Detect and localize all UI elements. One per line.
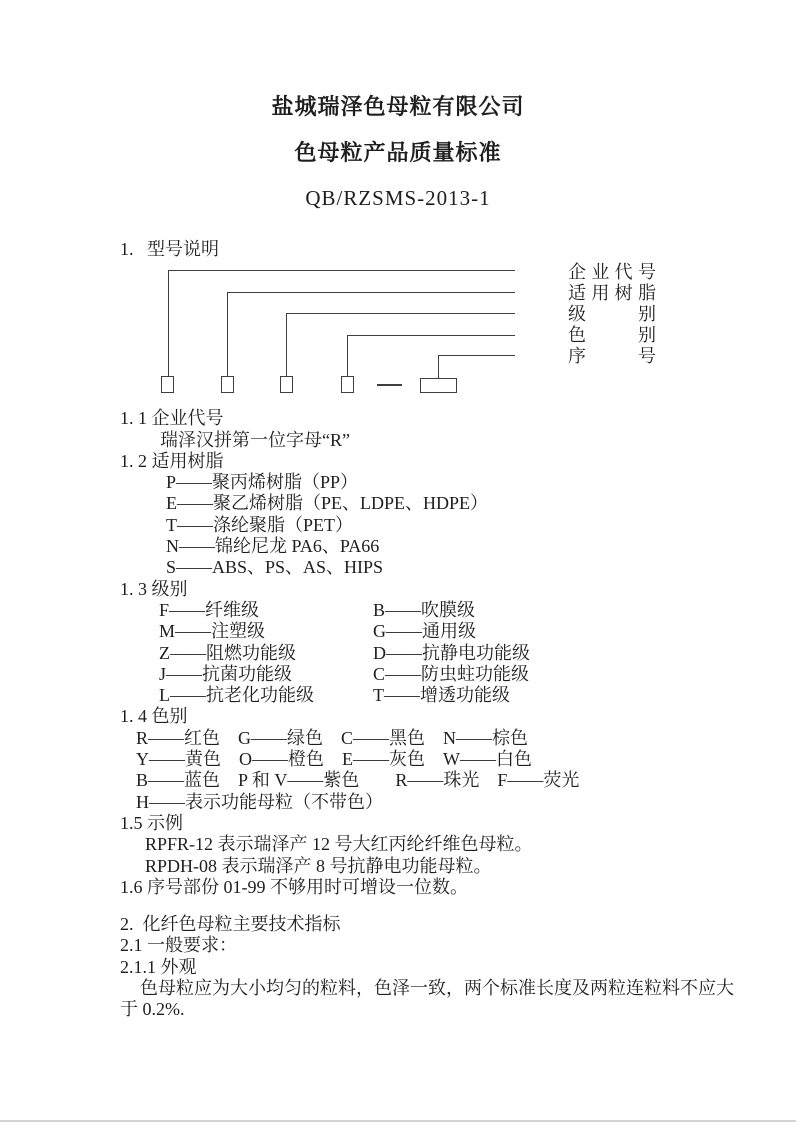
section-2-1-heading: 2.1 一般要求： xyxy=(120,935,796,956)
grade-item-right: T——增透功能级 xyxy=(373,685,510,705)
grade-item-left: Z——阻燃功能级 xyxy=(159,643,373,664)
color-row: B——蓝色 P 和 V——紫色 R——珠光 F——荧光 xyxy=(136,770,796,791)
section-1-6-text: 1.6 序号部份 01-99 不够用时可增设一位数。 xyxy=(120,877,796,898)
section-1-3-heading: 1. 3 级别 xyxy=(120,579,796,600)
grade-row: L——抗老化功能级T——增透功能级 xyxy=(159,685,796,706)
section-1-2-heading: 1. 2 适用树脂 xyxy=(120,451,796,472)
color-row: H——表示功能母粒（不带色） xyxy=(136,792,796,813)
diagram-code-box-4 xyxy=(341,376,354,393)
doc-title: 色母粒产品质量标准 xyxy=(0,140,796,166)
grade-row: F——纤维级B——吹膜级 xyxy=(159,600,796,621)
section-1-heading: 1. 型号说明 xyxy=(120,239,796,260)
appearance-paragraph-line-1: 色母粒应为大小均匀的粒料，色泽一致，两个标准长度及两粒连粒料不应大 xyxy=(140,978,796,999)
document-page: 盐城瑞泽色母粒有限公司 色母粒产品质量标准 QB/RZSMS-2013-1 1.… xyxy=(0,0,796,1123)
diagram-label-grade: 级别 xyxy=(568,304,656,325)
diagram-code-box-1 xyxy=(161,376,174,393)
grade-item-left: J——抗菌功能级 xyxy=(159,664,373,685)
diagram-label-enterprise-code: 企业代号 xyxy=(568,262,656,283)
diagram-serial-box xyxy=(420,378,457,393)
diagram-hyphen xyxy=(377,384,402,386)
resin-item: P——聚丙烯树脂（PP） xyxy=(166,472,796,493)
doc-code: QB/RZSMS-2013-1 xyxy=(0,185,796,211)
color-row: Y——黄色 O——橙色 E——灰色 W——白色 xyxy=(136,749,796,770)
section-2-1-1-heading: 2.1.1 外观 xyxy=(120,957,796,978)
section-1-5-heading: 1.5 示例 xyxy=(120,813,796,834)
resin-item: E——聚乙烯树脂（PE、LDPE、HDPE） xyxy=(166,493,796,514)
grade-row: Z——阻燃功能级D——抗静电功能级 xyxy=(159,643,796,664)
appearance-paragraph-line-2: 于 0.2%. xyxy=(120,999,796,1020)
diagram-label-applicable-resin: 适用树脂 xyxy=(568,283,656,304)
resin-item: N——锦纶尼龙 PA6、PA66 xyxy=(166,536,796,557)
example-row: RPDH-08 表示瑞泽产 8 号抗静电功能母粒。 xyxy=(145,856,796,877)
grade-item-right: B——吹膜级 xyxy=(373,600,475,620)
diagram-label-color: 色别 xyxy=(568,325,656,346)
grade-item-left: L——抗老化功能级 xyxy=(159,685,373,706)
diagram-label-serial: 序号 xyxy=(568,346,656,367)
grade-item-right: D——抗静电功能级 xyxy=(373,643,530,663)
diagram-connector-line-5 xyxy=(438,355,515,378)
company-title: 盐城瑞泽色母粒有限公司 xyxy=(0,94,796,120)
diagram-labels: 企业代号 适用树脂 级别 色别 序号 xyxy=(568,262,656,367)
color-row: R——红色 G——绿色 C——黑色 N——棕色 xyxy=(136,728,796,749)
diagram-code-box-2 xyxy=(221,376,234,393)
section-1-4-heading: 1. 4 色别 xyxy=(120,706,796,727)
section-1-1-body: 瑞泽汉拼第一位字母“R” xyxy=(160,430,796,451)
grade-item-left: M——注塑级 xyxy=(159,621,373,642)
diagram-code-box-3 xyxy=(280,376,293,393)
section-1-1-heading: 1. 1 企业代号 xyxy=(120,408,796,429)
grade-row: M——注塑级G——通用级 xyxy=(159,621,796,642)
resin-item: S——ABS、PS、AS、HIPS xyxy=(166,557,796,578)
example-row: RPFR-12 表示瑞泽产 12 号大红丙纶纤维色母粒。 xyxy=(145,834,796,855)
grade-row: J——抗菌功能级C——防虫蛀功能级 xyxy=(159,664,796,685)
resin-item: T——涤纶聚脂（PET） xyxy=(166,515,796,536)
grade-item-right: G——通用级 xyxy=(373,621,476,641)
grade-item-left: F——纤维级 xyxy=(159,600,373,621)
section-2-heading: 2. 化纤色母粒主要技术指标 xyxy=(120,914,796,935)
grade-item-right: C——防虫蛀功能级 xyxy=(373,664,529,684)
model-code-diagram: 企业代号 适用树脂 级别 色别 序号 xyxy=(0,262,796,408)
